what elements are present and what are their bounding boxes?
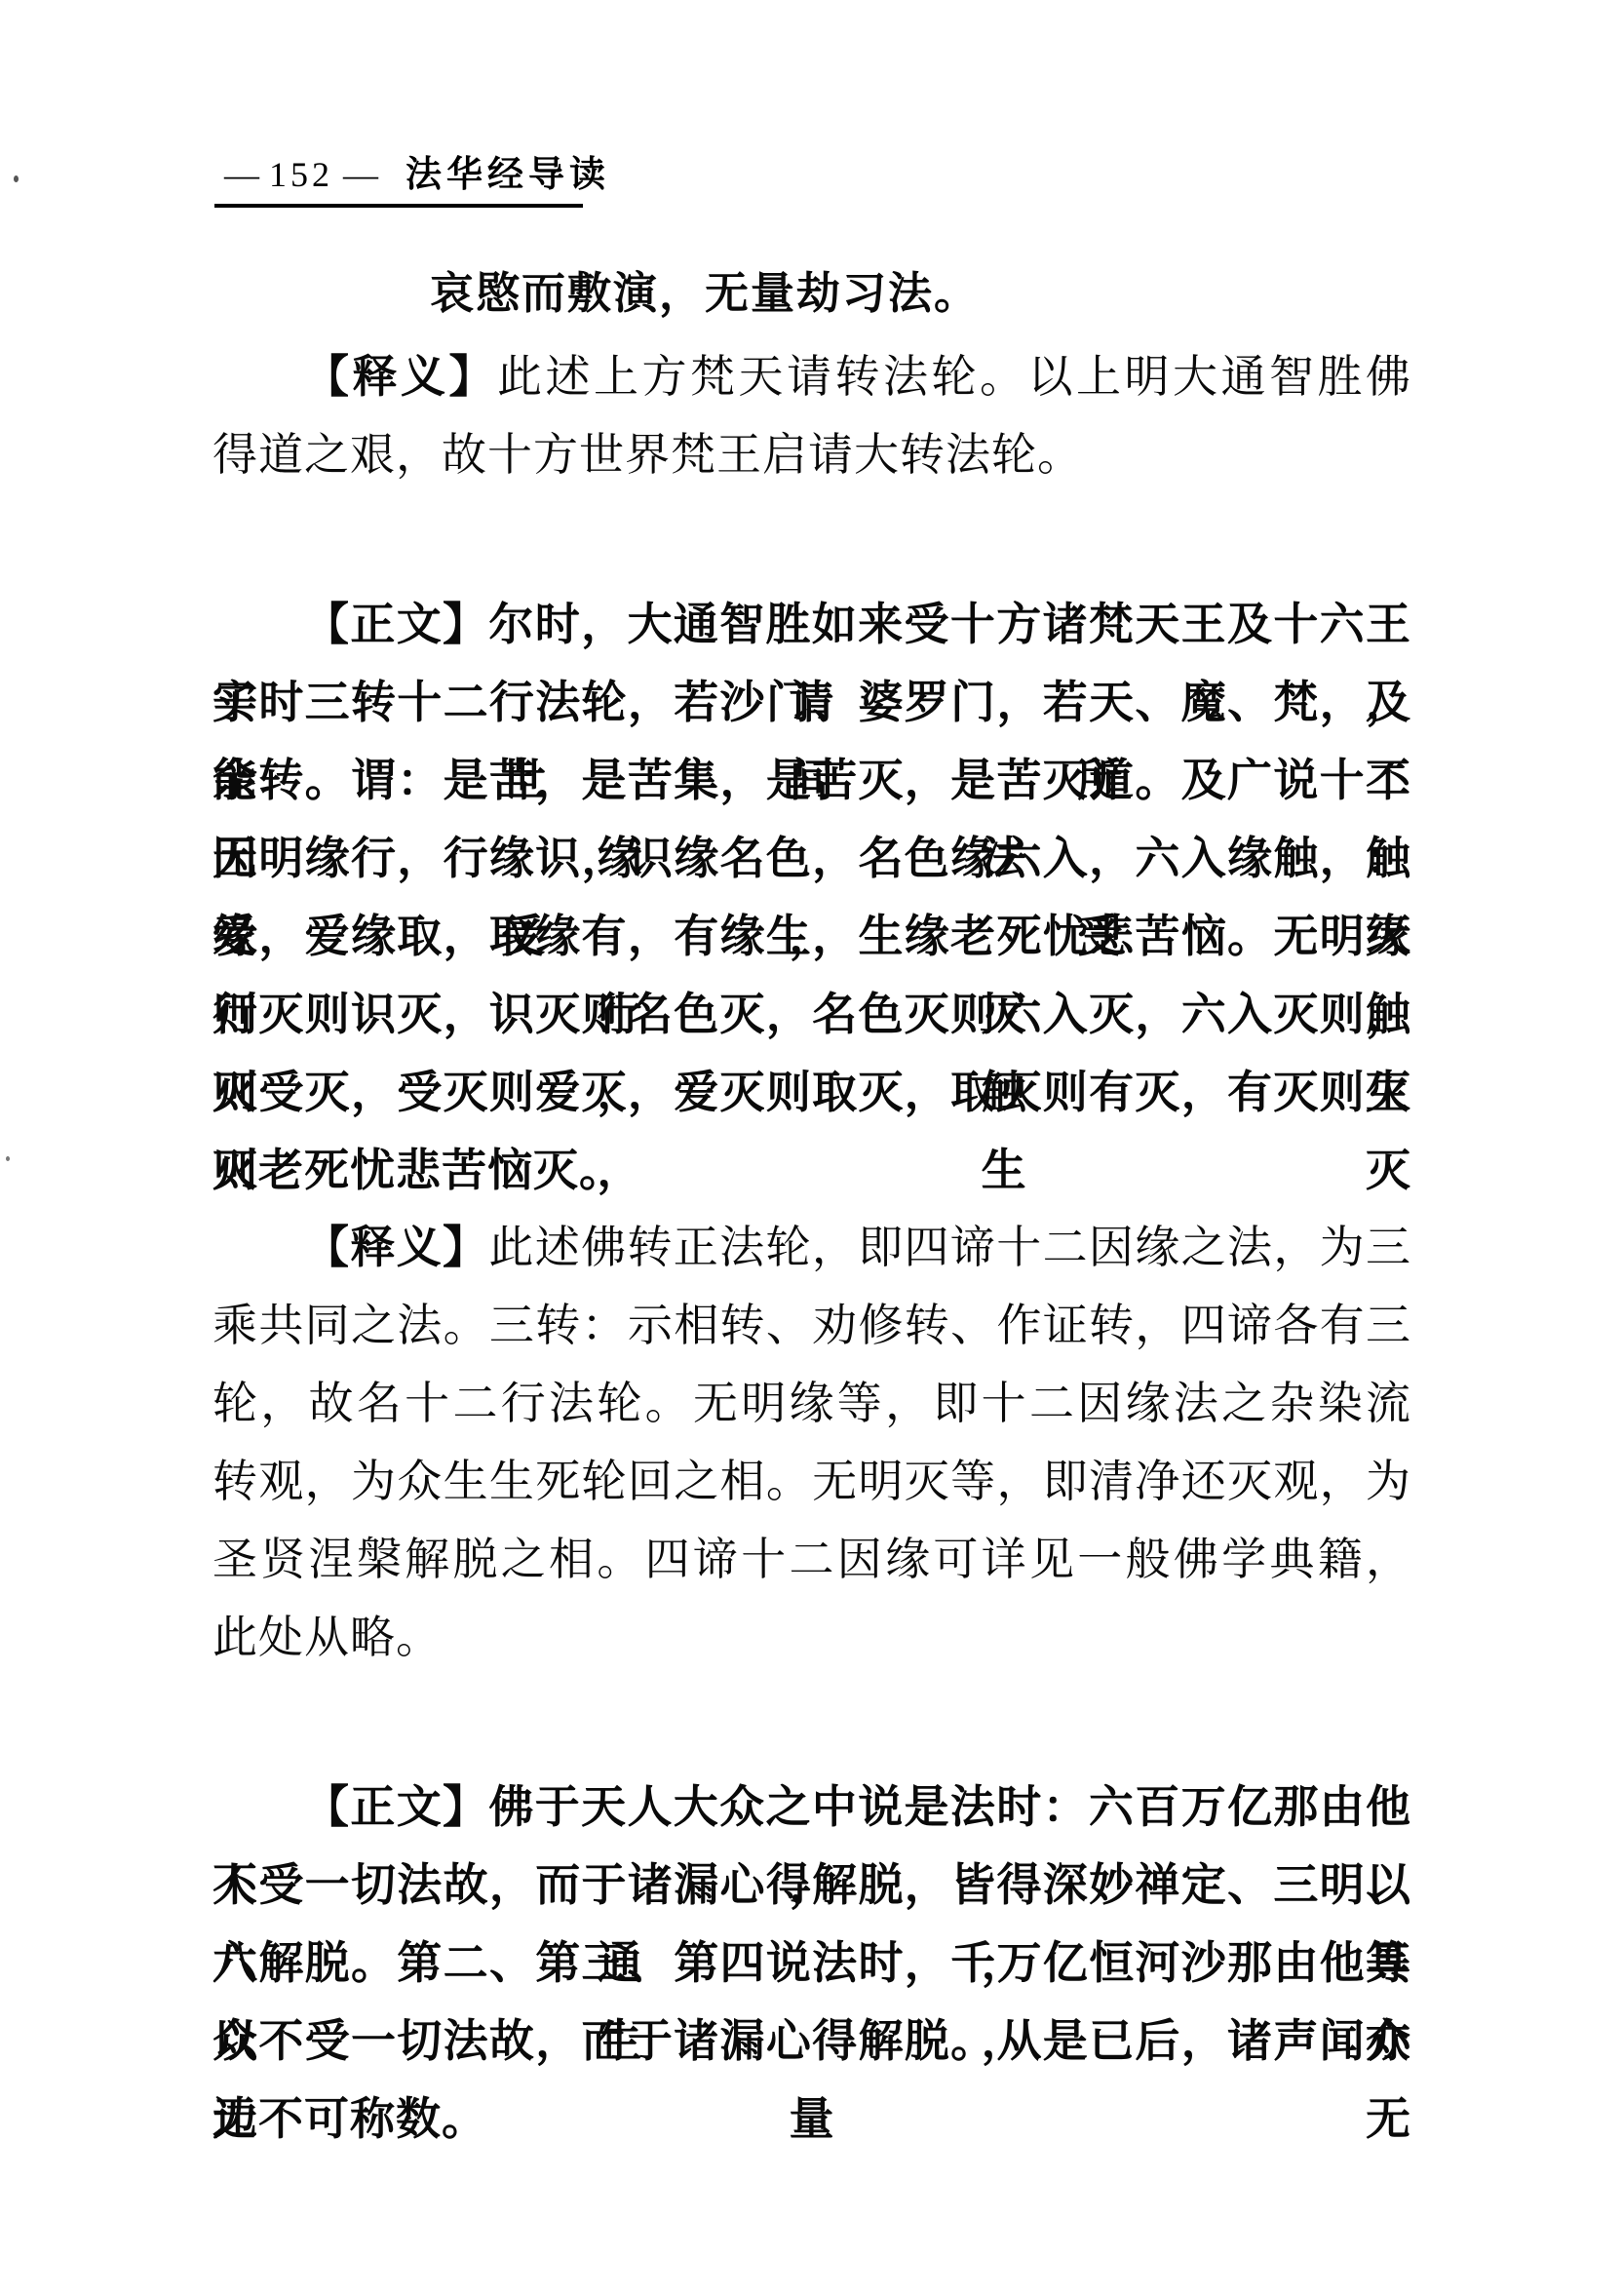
shiyi-label: 【释义】 <box>304 352 497 402</box>
paragraph-zhengwen-2: 【正文】佛于天人大众之中说是法时：六百万亿那由他人，以 不受一切法故，而于诸漏心… <box>212 1768 1411 2158</box>
line-text: 此述上方梵天请转法轮。以上明大通智胜佛 <box>497 352 1411 402</box>
paragraph-line: 【释义】此述佛转正法轮，即四谛十二因缘之法，为三 <box>212 1209 1411 1287</box>
paragraph-line: 以不受一切法故，而于诸漏心得解脱。从是已后，诸声闻众无量无 <box>212 2002 1411 2080</box>
scan-speck <box>6 1156 10 1161</box>
header-dash-right: — <box>333 155 388 194</box>
paragraph-line: 此处从略。 <box>212 1599 1411 1677</box>
paragraph-line: 行灭则识灭，识灭则名色灭，名色灭则六入灭，六入灭则触灭，触灭 <box>212 975 1411 1053</box>
zhengwen-label: 【正文】 <box>304 1781 488 1832</box>
paragraph-line: 爱，爱缘取，取缘有，有缘生，生缘老死忧悲苦恼。无明灭则行灭， <box>212 897 1411 975</box>
shiyi-label: 【释义】 <box>304 1223 488 1272</box>
paragraph-shiyi-2: 【释义】此述佛转正法轮，即四谛十二因缘之法，为三 乘共同之法。三转：示相转、劝修… <box>212 1209 1411 1677</box>
paragraph-line: 实时三转十二行法轮，若沙门、婆罗门，若天、魔、梵，及余世间所不 <box>212 663 1411 741</box>
paragraph-line: 不受一切法故，而于诸漏心得解脱，皆得深妙禅定、三明、六通，具 <box>212 1846 1411 1924</box>
paragraph-line: 转观，为众生生死轮回之相。无明灭等，即清净还灭观，为 <box>212 1443 1411 1521</box>
zhengwen-label: 【正文】 <box>304 599 488 649</box>
paragraph-line: 圣贤涅槃解脱之相。四谛十二因缘可详见一般佛学典籍， <box>212 1521 1411 1599</box>
paragraph-line: 能转。谓：是苦，是苦集，是苦灭，是苦灭道。及广说十二因缘法： <box>212 741 1411 819</box>
book-title: 法华经导读 <box>405 155 610 195</box>
paragraph-line: 无明缘行，行缘识，识缘名色，名色缘六入，六入缘触，触缘受，受缘 <box>212 819 1411 897</box>
page-number: 152 <box>269 155 333 194</box>
line-text: 此述佛转正法轮，即四谛十二因缘之法，为三 <box>488 1223 1411 1272</box>
paragraph-line: 【正文】佛于天人大众之中说是法时：六百万亿那由他人，以 <box>212 1768 1411 1846</box>
paragraph-shiyi-1: 【释义】此述上方梵天请转法轮。以上明大通智胜佛 得道之艰，故十方世界梵王启请大转… <box>212 338 1411 494</box>
paragraph-line: 【释义】此述上方梵天请转法轮。以上明大通智胜佛 <box>212 338 1411 416</box>
paragraph-line: 得道之艰，故十方世界梵王启请大转法轮。 <box>212 416 1411 494</box>
paragraph-line: 乘共同之法。三转：示相转、劝修转、作证转，四谛各有三 <box>212 1287 1411 1365</box>
header-dash-left: — <box>214 155 269 194</box>
book-page-scan: —152—法华经导读 哀愍而敷演，无量劫习法。 【释义】此述上方梵天请转法轮。以… <box>0 0 1622 2296</box>
scan-speck <box>14 175 19 182</box>
paragraph-zhengwen-1: 【正文】尔时，大通智胜如来受十方诸梵天王及十六王子请， 实时三转十二行法轮，若沙… <box>212 585 1411 1209</box>
paragraph-line: 【正文】尔时，大通智胜如来受十方诸梵天王及十六王子请， <box>212 585 1411 663</box>
paragraph-line: 八解脱。第二、第三、第四说法时，千万亿恒河沙那由他等众生，亦 <box>212 1924 1411 2002</box>
paragraph-line: 则受灭，受灭则爱灭，爱灭则取灭，取灭则有灭，有灭则生灭，生灭 <box>212 1053 1411 1131</box>
verse-line: 哀愍而敷演，无量劫习法。 <box>430 254 1411 332</box>
running-header: —152—法华经导读 <box>214 154 583 208</box>
text-block: —152—法华经导读 哀愍而敷演，无量劫习法。 【释义】此述上方梵天请转法轮。以… <box>212 154 1411 2158</box>
paragraph-line: 轮，故名十二行法轮。无明缘等，即十二因缘法之杂染流 <box>212 1365 1411 1443</box>
